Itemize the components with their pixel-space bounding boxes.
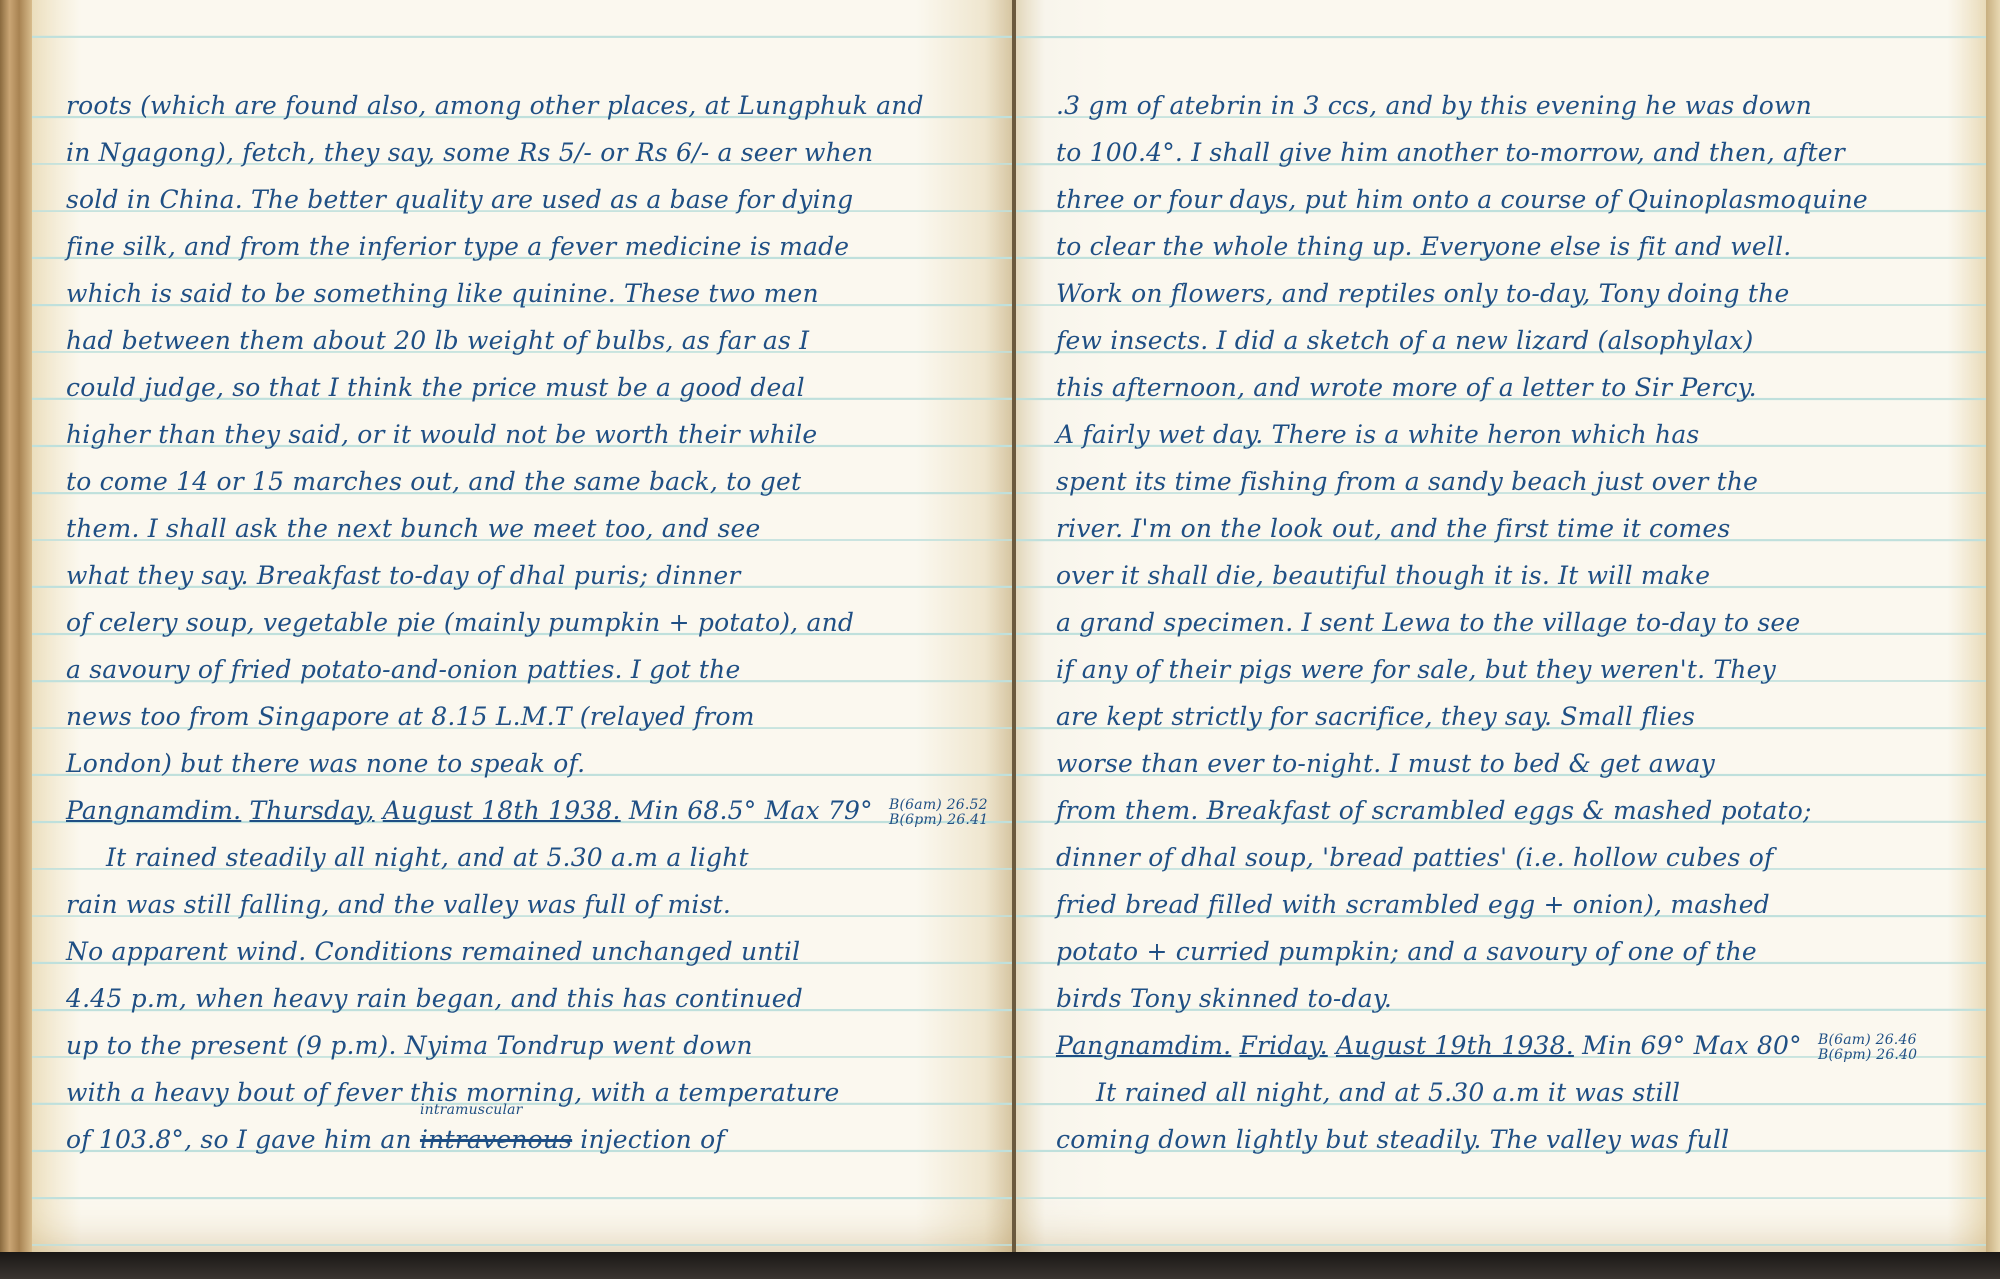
text-line: No apparent wind. Conditions remained un…	[66, 928, 974, 975]
left-page-text: roots (which are found also, among other…	[66, 82, 974, 1163]
text-line: London) but there was none to speak of.	[66, 740, 974, 787]
text-line: three or four days, put him onto a cours…	[1056, 176, 1946, 223]
right-page: .3 gm of atebrin in 3 ccs, and by this e…	[1016, 0, 1986, 1255]
text-line: coming down lightly but steadily. The va…	[1056, 1116, 1946, 1163]
text-line: potato + curried pumpkin; and a savoury …	[1056, 928, 1946, 975]
text-line: roots (which are found also, among other…	[66, 82, 974, 129]
text-line: which is said to be something like quini…	[66, 270, 974, 317]
text-line: to clear the whole thing up. Everyone el…	[1056, 223, 1946, 270]
text-line: up to the present (9 p.m). Nyima Tondrup…	[66, 1022, 974, 1069]
text-line: 4.45 p.m, when heavy rain began, and thi…	[66, 975, 974, 1022]
text-line: .3 gm of atebrin in 3 ccs, and by this e…	[1056, 82, 1946, 129]
text-line: had between them about 20 lb weight of b…	[66, 317, 974, 364]
inserted-word: intramuscular	[420, 1103, 523, 1117]
text-line: dinner of dhal soup, 'bread patties' (i.…	[1056, 834, 1946, 881]
text-line: to 100.4°. I shall give him another to-m…	[1056, 129, 1946, 176]
entry-date: August 19th 1938.	[1336, 1031, 1574, 1060]
barometer-am: B(6am) 26.52	[889, 798, 988, 813]
barometer-pm: B(6pm) 26.41	[889, 813, 988, 828]
left-page: roots (which are found also, among other…	[32, 0, 1014, 1255]
text-line: news too from Singapore at 8.15 L.M.T (r…	[66, 693, 974, 740]
book-page-edges	[1986, 0, 2000, 1255]
background-surface	[0, 1252, 2000, 1279]
text-line: fine silk, and from the inferior type a …	[66, 223, 974, 270]
book-binding-edge	[0, 0, 32, 1255]
text-line: It rained steadily all night, and at 5.3…	[66, 834, 974, 881]
entry-heading: Pangnamdim. Friday. August 19th 1938. Mi…	[1056, 1022, 1946, 1069]
text-line: Work on flowers, and reptiles only to-da…	[1056, 270, 1946, 317]
text-line: few insects. I did a sketch of a new liz…	[1056, 317, 1946, 364]
entry-temperatures: Min 68.5° Max 79°	[629, 796, 873, 825]
text-line: sold in China. The better quality are us…	[66, 176, 974, 223]
text-line: what they say. Breakfast to-day of dhal …	[66, 552, 974, 599]
text-line: birds Tony skinned to-day.	[1056, 975, 1946, 1022]
barometer-readings: B(6am) 26.46 B(6pm) 26.40	[1818, 1033, 1917, 1063]
text-line-with-correction: of 103.8°, so I gave him an intramuscula…	[66, 1116, 974, 1163]
text-line: are kept strictly for sacrifice, they sa…	[1056, 693, 1946, 740]
text-line: them. I shall ask the next bunch we meet…	[66, 505, 974, 552]
text-line: in Ngagong), fetch, they say, some Rs 5/…	[66, 129, 974, 176]
text-line: worse than ever to-night. I must to bed …	[1056, 740, 1946, 787]
text-line: of celery soup, vegetable pie (mainly pu…	[66, 599, 974, 646]
barometer-am: B(6am) 26.46	[1818, 1033, 1917, 1048]
text-line: It rained all night, and at 5.30 a.m it …	[1056, 1069, 1946, 1116]
text-line: river. I'm on the look out, and the firs…	[1056, 505, 1946, 552]
entry-date: August 18th 1938.	[383, 796, 621, 825]
entry-place: Pangnamdim.	[66, 796, 241, 825]
right-page-text: .3 gm of atebrin in 3 ccs, and by this e…	[1056, 82, 1946, 1163]
diary-spread: roots (which are found also, among other…	[0, 0, 2000, 1279]
text-line: spent its time fishing from a sandy beac…	[1056, 458, 1946, 505]
text-line: if any of their pigs were for sale, but …	[1056, 646, 1946, 693]
text-line: higher than they said, or it would not b…	[66, 411, 974, 458]
entry-place: Pangnamdim.	[1056, 1031, 1231, 1060]
entry-day: Thursday,	[249, 796, 374, 825]
text-line: this afternoon, and wrote more of a lett…	[1056, 364, 1946, 411]
text-line: could judge, so that I think the price m…	[66, 364, 974, 411]
text-line: from them. Breakfast of scrambled eggs &…	[1056, 787, 1946, 834]
text-segment: of 103.8°, so I gave him an	[66, 1125, 420, 1154]
entry-temperatures: Min 69° Max 80°	[1582, 1031, 1802, 1060]
text-segment: injection of	[572, 1125, 725, 1154]
text-line: to come 14 or 15 marches out, and the sa…	[66, 458, 974, 505]
handwritten-correction: intramuscularintravenous	[420, 1125, 572, 1154]
barometer-pm: B(6pm) 26.40	[1818, 1048, 1917, 1063]
text-line: over it shall die, beautiful though it i…	[1056, 552, 1946, 599]
entry-heading: Pangnamdim. Thursday, August 18th 1938. …	[66, 787, 974, 834]
struck-word: intravenous	[420, 1125, 572, 1154]
text-line: fried bread filled with scrambled egg + …	[1056, 881, 1946, 928]
text-line: a savoury of fried potato-and-onion patt…	[66, 646, 974, 693]
text-line: rain was still falling, and the valley w…	[66, 881, 974, 928]
text-line: A fairly wet day. There is a white heron…	[1056, 411, 1946, 458]
text-line: a grand specimen. I sent Lewa to the vil…	[1056, 599, 1946, 646]
entry-day: Friday.	[1239, 1031, 1327, 1060]
barometer-readings: B(6am) 26.52 B(6pm) 26.41	[889, 798, 988, 828]
